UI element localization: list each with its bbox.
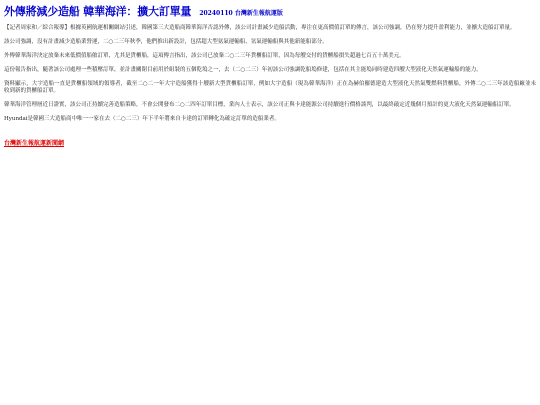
article-header: 外傳將減少造船 韓華海洋：擴大訂單量 20240110 台灣新生報航運版 [4,3,536,21]
article-paragraph-3: 外傳韓華海洋決定放棄未來低價值船舶訂單，尤其是貨櫃船，這項傳言指出，該公司已放棄… [4,53,536,60]
article-paragraph-7: Hyundai是韓國三大造船商中唯一一家在去（二○二三）年下半年將來自卡達的訂單… [4,116,536,123]
article-page: 外傳將減少造船 韓華海洋：擴大訂單量 20240110 台灣新生報航運版 【記者… [0,0,540,149]
article-title: 外傳將減少造船 韓華海洋：擴大訂單量 [4,5,191,18]
article-paragraph-1: 【記者周家和／綜合報導】根據英國航運相關網站引述，韓國第三大造船商韓華海洋否認外… [4,25,536,32]
article-paragraph-5: 資料顯示，大宇造船一直是貨櫃船領域的領導者，截至二○二一年大宇造船獲得十艘新大型… [4,81,536,95]
article-paragraph-6: 韓華海洋管理層近日證實，該公司正持續完善造船策略，不會公開發布二○二四年訂單目標… [4,102,536,109]
news-site-link[interactable]: 台灣新生報航運新聞網 [4,140,64,148]
article-date-source: 20240110 台灣新生報航運版 [199,10,283,17]
article-paragraph-4: 這份報告指出，隨著該公司處理一些積壓訂單，並計畫關閉目前用於組裝的五個乾塢之一，… [4,67,536,74]
article-paragraph-2: 該公司強調，沒有計畫減少造船業營運，二○二三年秋季，他們推出新設計，包括超大型氨… [4,39,536,46]
